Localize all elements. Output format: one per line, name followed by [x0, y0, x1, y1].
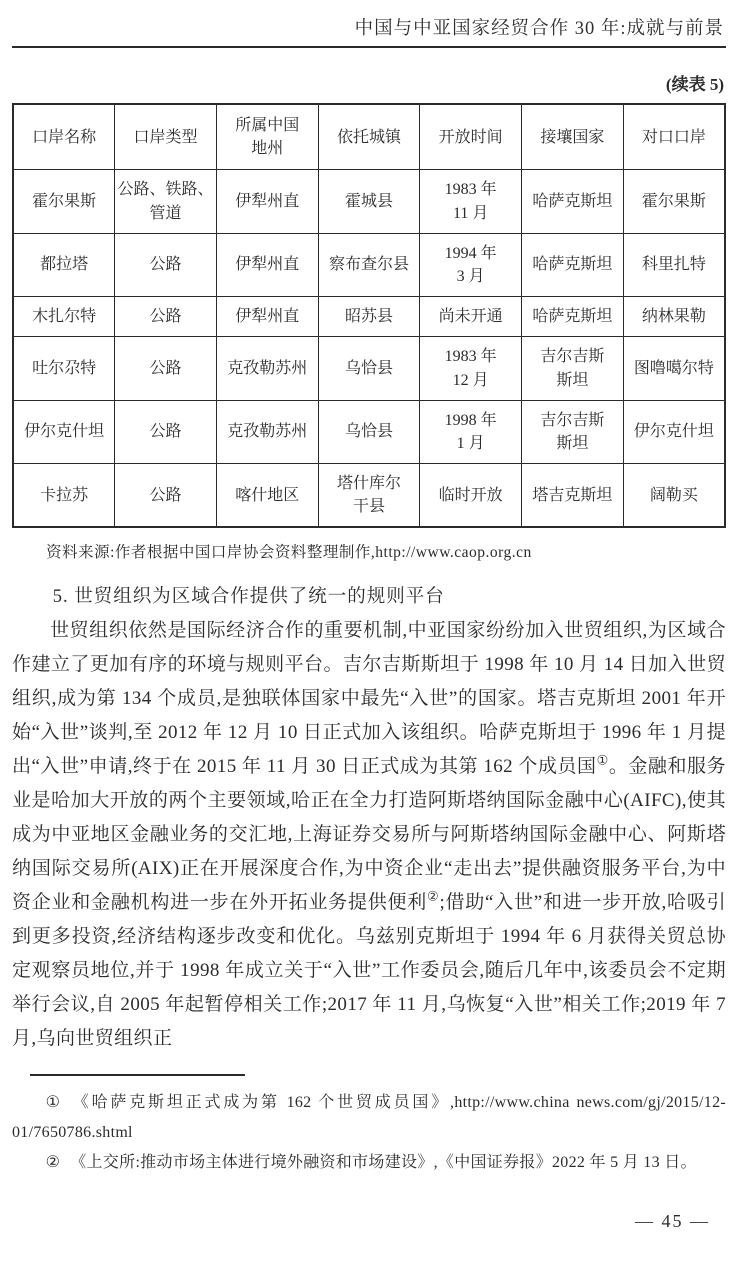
column-header: 接壤国家: [522, 104, 624, 170]
table-cell: 伊尔克什坦: [13, 400, 115, 463]
column-header: 开放时间: [420, 104, 522, 170]
page-header: 中国与中亚国家经贸合作 30 年:成就与前景: [12, 14, 726, 48]
table-cell: 喀什地区: [216, 464, 318, 528]
table-cell: 1983 年 11 月: [420, 170, 522, 233]
border-ports-table: 口岸名称口岸类型所属中国 地州依托城镇开放时间接壤国家对口口岸 霍尔果斯公路、铁…: [12, 103, 726, 528]
running-head-title: 中国与中亚国家经贸合作 30 年:成就与前景: [12, 14, 726, 40]
table-cell: 尚未开通: [420, 297, 522, 337]
table-header-row: 口岸名称口岸类型所属中国 地州依托城镇开放时间接壤国家对口口岸: [13, 104, 725, 170]
table-cell: 吉尔吉斯 斯坦: [522, 400, 624, 463]
footnote-1: ①《哈萨克斯坦正式成为第 162 个世贸成员国》,http://www.chin…: [12, 1088, 726, 1148]
footnote-separator-rule: [30, 1074, 245, 1076]
table-cell: 吉尔吉斯 斯坦: [522, 337, 624, 400]
table-row: 伊尔克什坦公路克孜勒苏州乌恰县1998 年 1 月吉尔吉斯 斯坦伊尔克什坦: [13, 400, 725, 463]
footnote-1-marker: ①: [46, 1094, 63, 1111]
table-row: 木扎尔特公路伊犁州直昭苏县尚未开通哈萨克斯坦纳林果勒: [13, 297, 725, 337]
table-row: 霍尔果斯公路、铁路、 管道伊犁州直霍城县1983 年 11 月哈萨克斯坦霍尔果斯: [13, 170, 725, 233]
table-cell: 卡拉苏: [13, 464, 115, 528]
table-row: 吐尔尕特公路克孜勒苏州乌恰县1983 年 12 月吉尔吉斯 斯坦图噜噶尔特: [13, 337, 725, 400]
book-page: 中国与中亚国家经贸合作 30 年:成就与前景 (续表 5) 口岸名称口岸类型所属…: [0, 0, 738, 1178]
table-cell: 公路: [115, 400, 217, 463]
table-cell: 公路: [115, 297, 217, 337]
footnote-2: ②《上交所:推动市场主体进行境外融资和市场建设》,《中国证券报》2022 年 5…: [12, 1148, 726, 1178]
paragraph-text-2: 。金融和服务业是哈加大开放的两个主要领域,哈正在全力打造阿斯塔纳国际金融中心(A…: [12, 756, 726, 913]
table-row: 卡拉苏公路喀什地区塔什库尔 干县临时开放塔吉克斯坦阔勒买: [13, 464, 725, 528]
table-source-note: 资料来源:作者根据中国口岸协会资料整理制作,http://www.caop.or…: [12, 540, 726, 562]
table-cell: 纳林果勒: [623, 297, 725, 337]
page-number: — 45 —: [635, 1211, 710, 1232]
table-cell: 都拉塔: [13, 233, 115, 296]
column-header: 依托城镇: [318, 104, 420, 170]
column-header: 口岸名称: [13, 104, 115, 170]
table-cell: 克孜勒苏州: [216, 337, 318, 400]
table-cell: 科里扎特: [623, 233, 725, 296]
footnote-1-text: 《哈萨克斯坦正式成为第 162 个世贸成员国》,http://www.china…: [12, 1094, 726, 1141]
table-cell: 伊犁州直: [216, 233, 318, 296]
table-cell: 图噜噶尔特: [623, 337, 725, 400]
column-header: 对口口岸: [623, 104, 725, 170]
table-cell: 公路、铁路、 管道: [115, 170, 217, 233]
table-cell: 伊尔克什坦: [623, 400, 725, 463]
table-cell: 1994 年 3 月: [420, 233, 522, 296]
column-header: 所属中国 地州: [216, 104, 318, 170]
table-cell: 乌恰县: [318, 400, 420, 463]
table-cell: 木扎尔特: [13, 297, 115, 337]
paragraph-text-1: 世贸组织依然是国际经济合作的重要机制,中亚国家纷纷加入世贸组织,为区域合作建立了…: [12, 620, 726, 777]
table-cell: 察布查尔县: [318, 233, 420, 296]
footnote-ref-2: ②: [427, 889, 439, 904]
table-cell: 霍尔果斯: [13, 170, 115, 233]
table-cell: 塔吉克斯坦: [522, 464, 624, 528]
table-cell: 哈萨克斯坦: [522, 297, 624, 337]
table-cell: 克孜勒苏州: [216, 400, 318, 463]
body-paragraph: 世贸组织依然是国际经济合作的重要机制,中亚国家纷纷加入世贸组织,为区域合作建立了…: [12, 614, 726, 1056]
table-cell: 1998 年 1 月: [420, 400, 522, 463]
table-body: 霍尔果斯公路、铁路、 管道伊犁州直霍城县1983 年 11 月哈萨克斯坦霍尔果斯…: [13, 170, 725, 528]
table-header: 口岸名称口岸类型所属中国 地州依托城镇开放时间接壤国家对口口岸: [13, 104, 725, 170]
table-cell: 哈萨克斯坦: [522, 170, 624, 233]
header-rule: [12, 46, 726, 48]
table-cell: 1983 年 12 月: [420, 337, 522, 400]
table-cell: 吐尔尕特: [13, 337, 115, 400]
table-cell: 公路: [115, 233, 217, 296]
table-cell: 霍尔果斯: [623, 170, 725, 233]
table-cell: 乌恰县: [318, 337, 420, 400]
footnote-ref-1: ①: [597, 753, 609, 768]
table-cell: 公路: [115, 464, 217, 528]
table-cell: 哈萨克斯坦: [522, 233, 624, 296]
footnote-2-text: 《上交所:推动市场主体进行境外融资和市场建设》,《中国证券报》2022 年 5 …: [70, 1154, 697, 1171]
table-cell: 公路: [115, 337, 217, 400]
table-cell: 阔勒买: [623, 464, 725, 528]
table-cell: 临时开放: [420, 464, 522, 528]
table-cell: 霍城县: [318, 170, 420, 233]
footnote-2-marker: ②: [46, 1154, 61, 1171]
table-cell: 昭苏县: [318, 297, 420, 337]
table-continuation-label: (续表 5): [12, 70, 724, 95]
table-row: 都拉塔公路伊犁州直察布查尔县1994 年 3 月哈萨克斯坦科里扎特: [13, 233, 725, 296]
paragraph-text-3: ;借助“入世”和进一步开放,哈吸引到更多投资,经济结构逐步改变和优化。乌兹别克斯…: [12, 892, 726, 1049]
table-cell: 伊犁州直: [216, 170, 318, 233]
table-cell: 塔什库尔 干县: [318, 464, 420, 528]
column-header: 口岸类型: [115, 104, 217, 170]
table-cell: 伊犁州直: [216, 297, 318, 337]
section-heading: 5. 世贸组织为区域合作提供了统一的规则平台: [12, 582, 726, 608]
